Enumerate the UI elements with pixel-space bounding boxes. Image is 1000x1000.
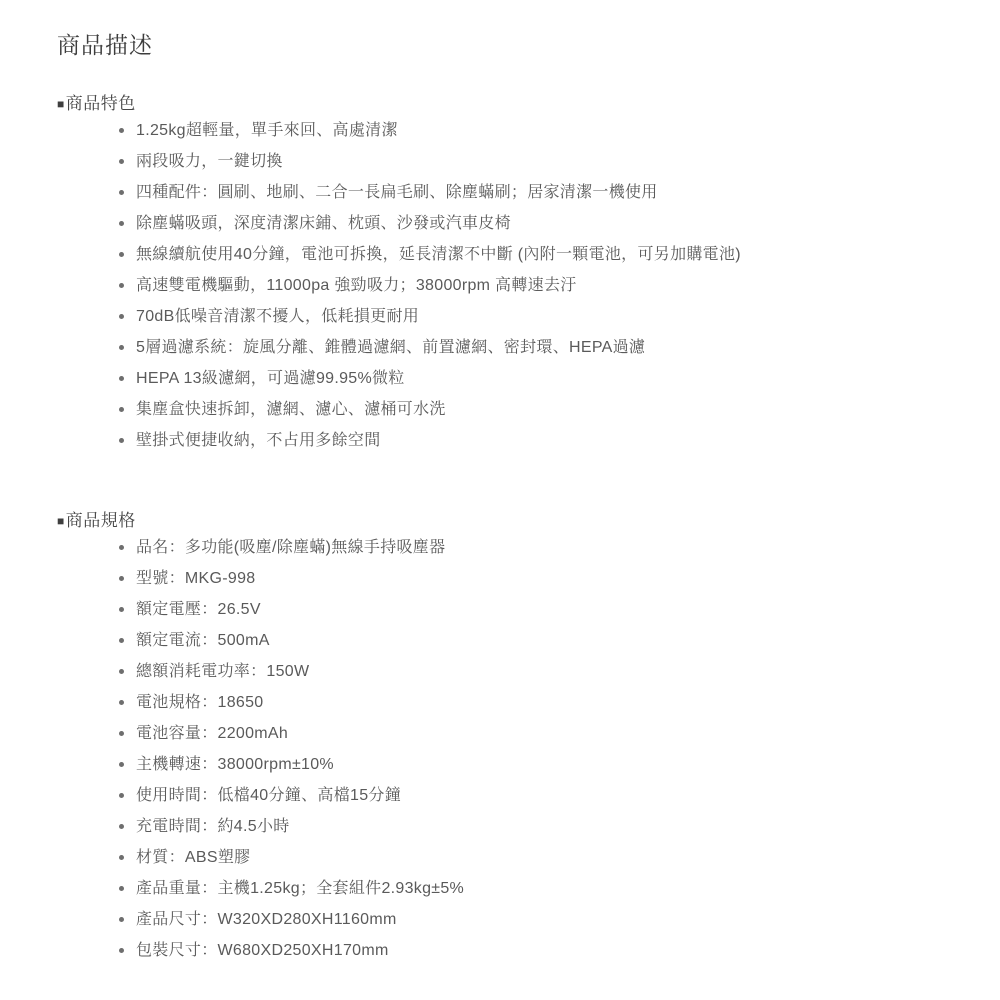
feature-item: 集塵盒快速拆卸，濾網、濾心、濾桶可水洗 bbox=[57, 394, 970, 425]
spec-item: 包裝尺寸：W680XD250XH170mm bbox=[57, 935, 970, 966]
feature-item: 四種配件：圓刷、地刷、二合一長扁毛刷、除塵蟎刷；居家清潔一機使用 bbox=[57, 177, 970, 208]
features-list: 1.25kg超輕量，單手來回、高處清潔 兩段吸力，一鍵切換 四種配件：圓刷、地刷… bbox=[57, 115, 970, 456]
feature-item: 70dB低噪音清潔不擾人，低耗損更耐用 bbox=[57, 301, 970, 332]
spec-item: 材質：ABS塑膠 bbox=[57, 842, 970, 873]
specs-list: 品名：多功能(吸塵/除塵蟎)無線手持吸塵器 型號：MKG-998 額定電壓：26… bbox=[57, 532, 970, 966]
specs-heading: ■商品規格 bbox=[57, 510, 970, 532]
features-heading: ■商品特色 bbox=[57, 93, 970, 115]
feature-item: 5層過濾系統：旋風分離、錐體過濾網、前置濾網、密封環、HEPA過濾 bbox=[57, 332, 970, 363]
feature-item: 無線續航使用40分鐘，電池可拆換，延長清潔不中斷 (內附一顆電池，可另加購電池) bbox=[57, 239, 970, 270]
spec-item: 總額消耗電功率：150W bbox=[57, 656, 970, 687]
feature-item: 1.25kg超輕量，單手來回、高處清潔 bbox=[57, 115, 970, 146]
spec-item: 電池規格：18650 bbox=[57, 687, 970, 718]
spec-item: 主機轉速：38000rpm±10% bbox=[57, 749, 970, 780]
feature-item: 高速雙電機驅動，11000pa 強勁吸力；38000rpm 高轉速去汙 bbox=[57, 270, 970, 301]
square-bullet-icon: ■ bbox=[57, 514, 65, 528]
spec-item: 產品尺寸：W320XD280XH1160mm bbox=[57, 904, 970, 935]
product-description-page: 商品描述 ■商品特色 1.25kg超輕量，單手來回、高處清潔 兩段吸力，一鍵切換… bbox=[0, 0, 1000, 1000]
spec-item: 額定電流：500mA bbox=[57, 625, 970, 656]
spec-item: 使用時間：低檔40分鐘、高檔15分鐘 bbox=[57, 780, 970, 811]
specs-heading-text: 商品規格 bbox=[66, 511, 136, 530]
feature-item: 除塵蟎吸頭，深度清潔床鋪、枕頭、沙發或汽車皮椅 bbox=[57, 208, 970, 239]
spec-item: 電池容量：2200mAh bbox=[57, 718, 970, 749]
feature-item: HEPA 13級濾網，可過濾99.95%微粒 bbox=[57, 363, 970, 394]
spec-item: 型號：MKG-998 bbox=[57, 563, 970, 594]
page-title: 商品描述 bbox=[57, 31, 970, 59]
spec-item: 額定電壓：26.5V bbox=[57, 594, 970, 625]
spec-item: 充電時間：約4.5小時 bbox=[57, 811, 970, 842]
features-heading-text: 商品特色 bbox=[66, 94, 136, 113]
feature-item: 壁掛式便捷收納，不占用多餘空間 bbox=[57, 425, 970, 456]
specs-section: ■商品規格 品名：多功能(吸塵/除塵蟎)無線手持吸塵器 型號：MKG-998 額… bbox=[57, 510, 970, 966]
features-section: ■商品特色 1.25kg超輕量，單手來回、高處清潔 兩段吸力，一鍵切換 四種配件… bbox=[57, 93, 970, 456]
spec-item: 品名：多功能(吸塵/除塵蟎)無線手持吸塵器 bbox=[57, 532, 970, 563]
square-bullet-icon: ■ bbox=[57, 97, 65, 111]
feature-item: 兩段吸力，一鍵切換 bbox=[57, 146, 970, 177]
spec-item: 產品重量：主機1.25kg；全套組件2.93kg±5% bbox=[57, 873, 970, 904]
